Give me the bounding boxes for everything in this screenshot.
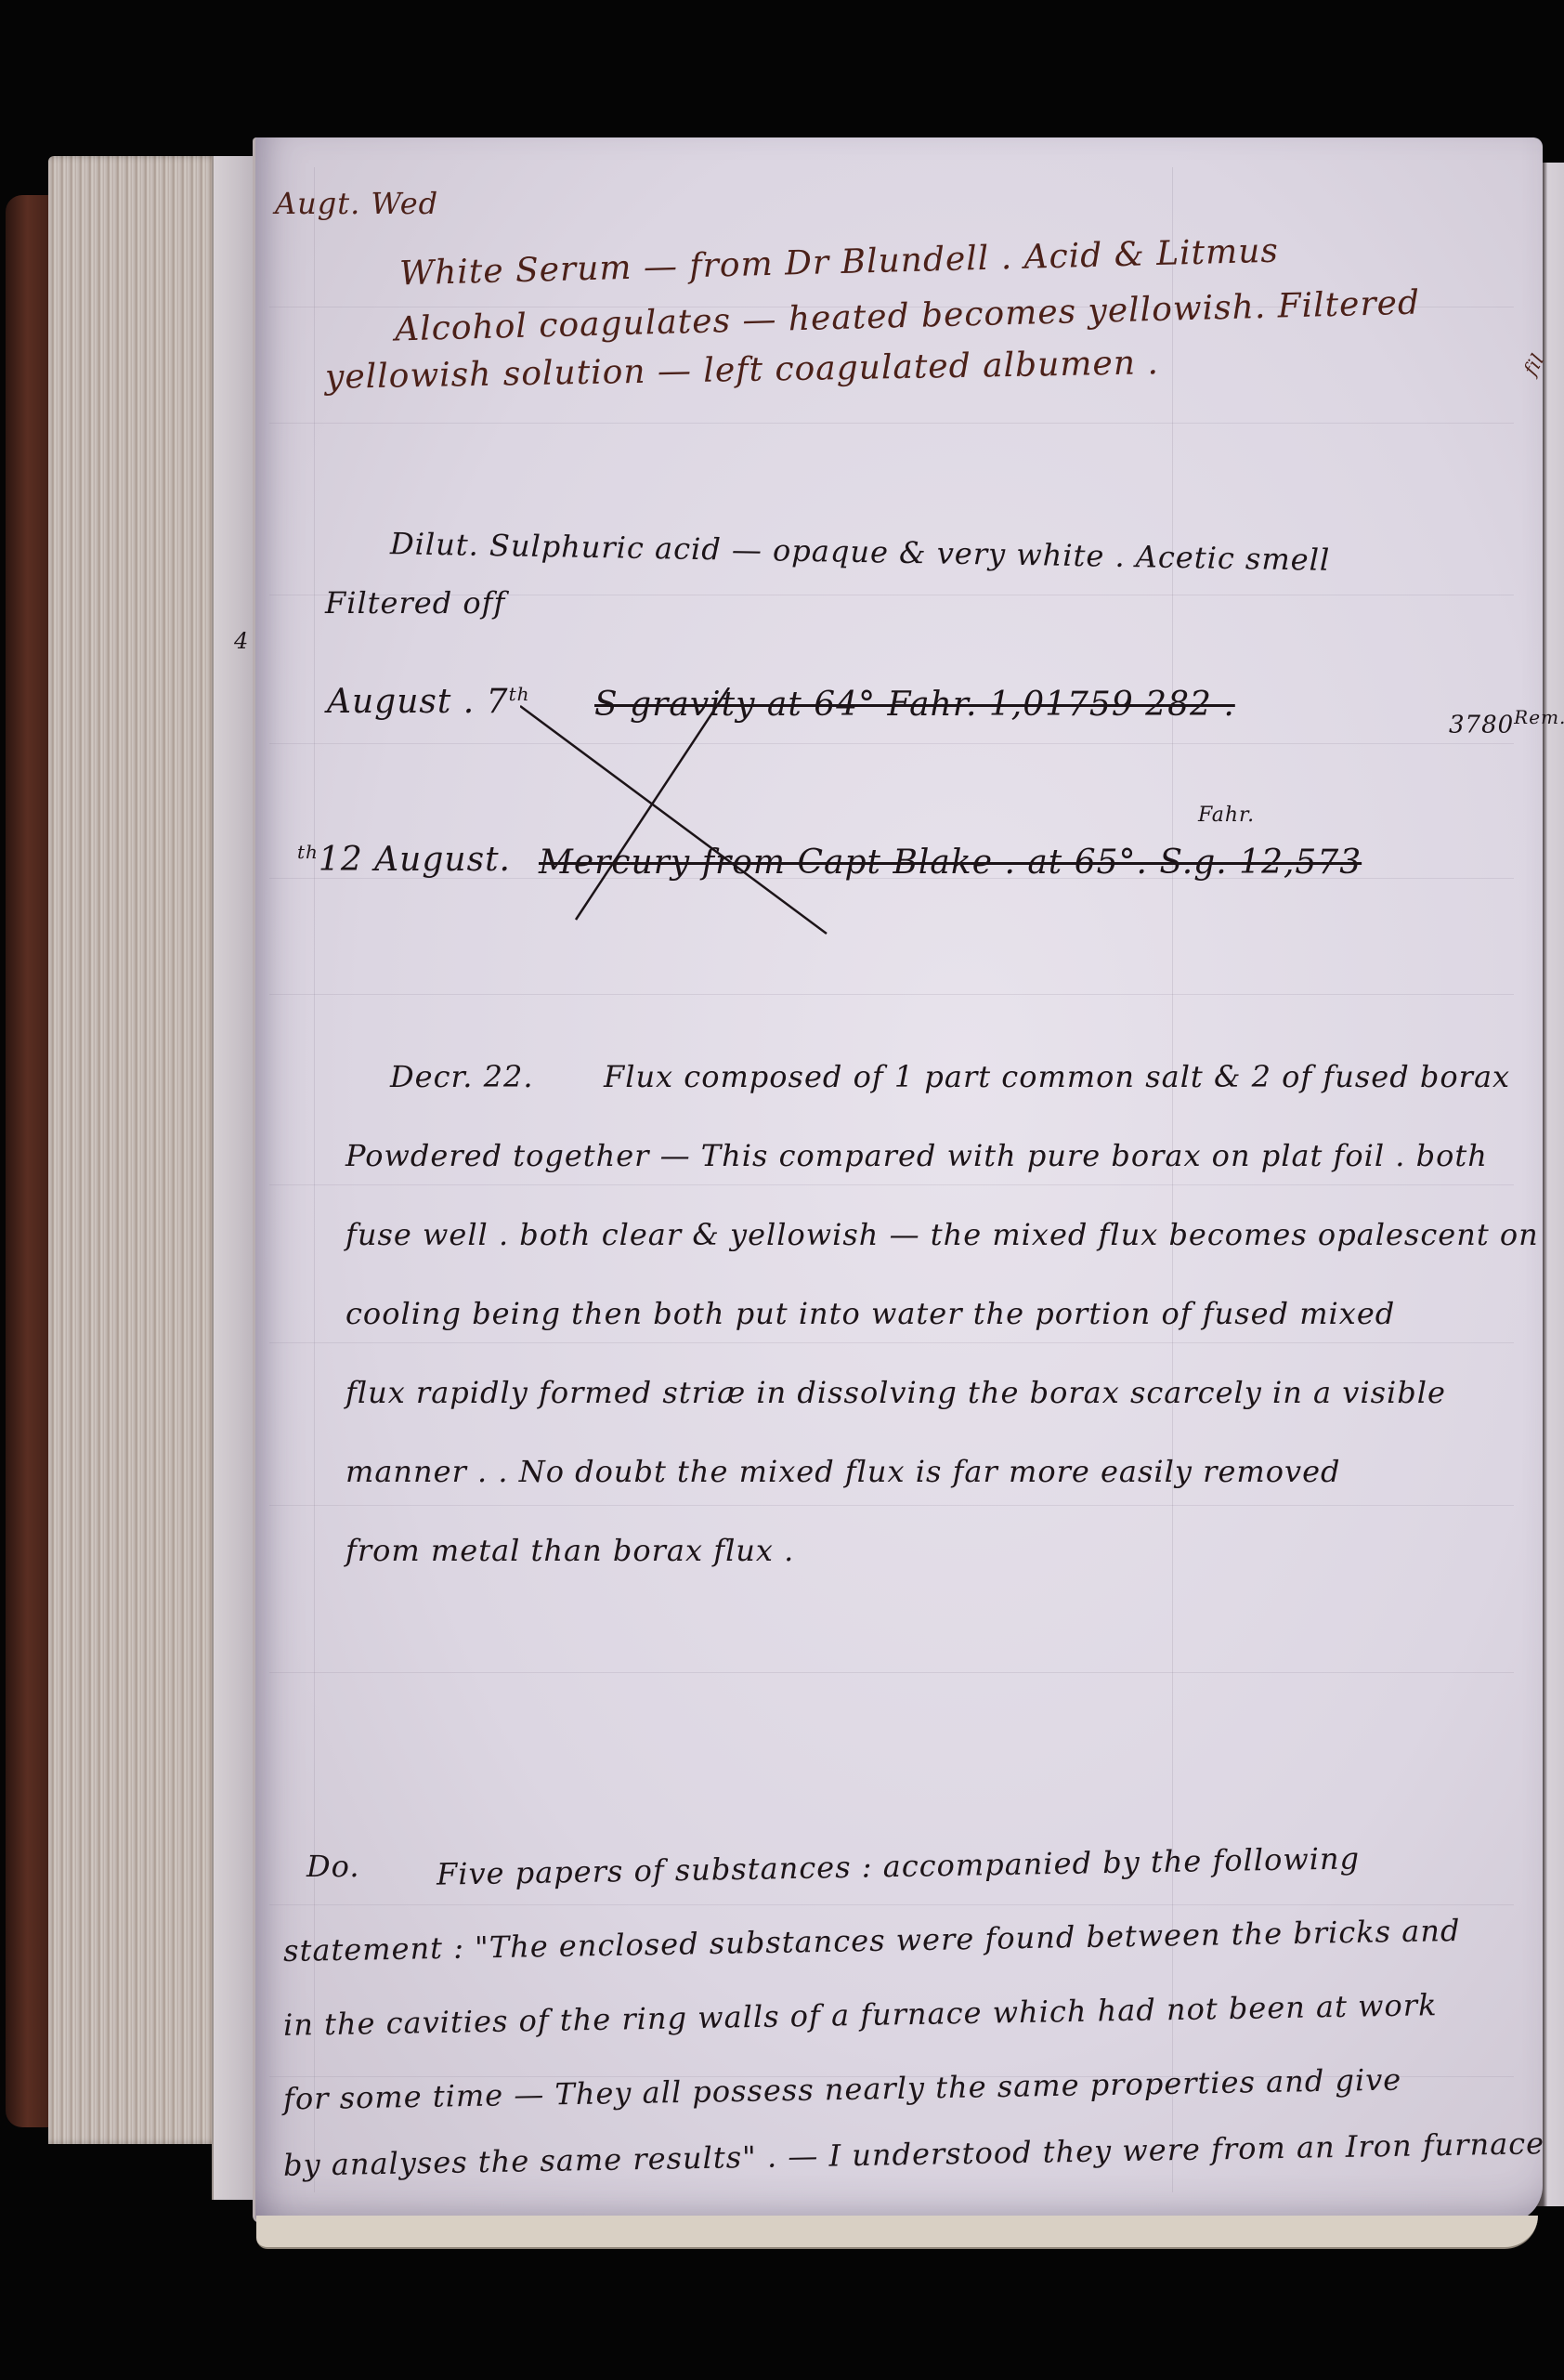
rule-line <box>269 743 1514 744</box>
entry-line: manner . . No doubt the mixed flux is fa… <box>345 1454 1340 1489</box>
rule-line <box>269 994 1514 995</box>
rule-line <box>269 1672 1514 1673</box>
notebook-page <box>253 137 1543 2223</box>
page-bottom-edge <box>256 2216 1538 2249</box>
entry-line: fuse well . both clear & yellowish — the… <box>345 1217 1539 1252</box>
page-stack-flap <box>212 156 258 2200</box>
cross-out-mark <box>520 687 892 938</box>
rule-line <box>269 1342 1514 1343</box>
rule-line <box>269 1184 1514 1185</box>
date-text: August . 7 <box>327 683 509 721</box>
entry-line: Flux composed of 1 part common salt & 2 … <box>604 1059 1510 1094</box>
entry-date: th12 August. <box>297 841 511 879</box>
margin-line <box>314 167 315 2192</box>
annotation-label: Rem. <box>1514 706 1564 728</box>
left-margin-mark: 4 <box>234 628 248 654</box>
annotation-number: 3780 <box>1449 712 1514 739</box>
entry-date: Do. <box>306 1849 360 1884</box>
date-text: 12 August. <box>319 841 511 879</box>
entry-heading: Augt. Wed <box>275 186 438 221</box>
rule-line <box>269 1904 1514 1905</box>
rule-line <box>269 423 1514 424</box>
entry-line: cooling being then both put into water t… <box>345 1296 1395 1331</box>
entry-date: August . 7th <box>327 683 530 721</box>
rule-line <box>269 1505 1514 1506</box>
inline-superscript: Fahr. <box>1198 804 1255 827</box>
date-suffix: th <box>297 841 319 863</box>
entry-line: flux rapidly formed striæ in dissolving … <box>345 1375 1446 1410</box>
margin-line <box>1172 167 1173 2192</box>
entry-date: Decr. 22. <box>390 1059 534 1094</box>
annotation-value: 3780Rem. <box>1449 706 1564 739</box>
entry-line: Filtered off <box>325 585 505 621</box>
entry-line: from metal than borax flux . <box>345 1533 794 1568</box>
entry-line: Powdered together — This compared with p… <box>345 1138 1488 1173</box>
